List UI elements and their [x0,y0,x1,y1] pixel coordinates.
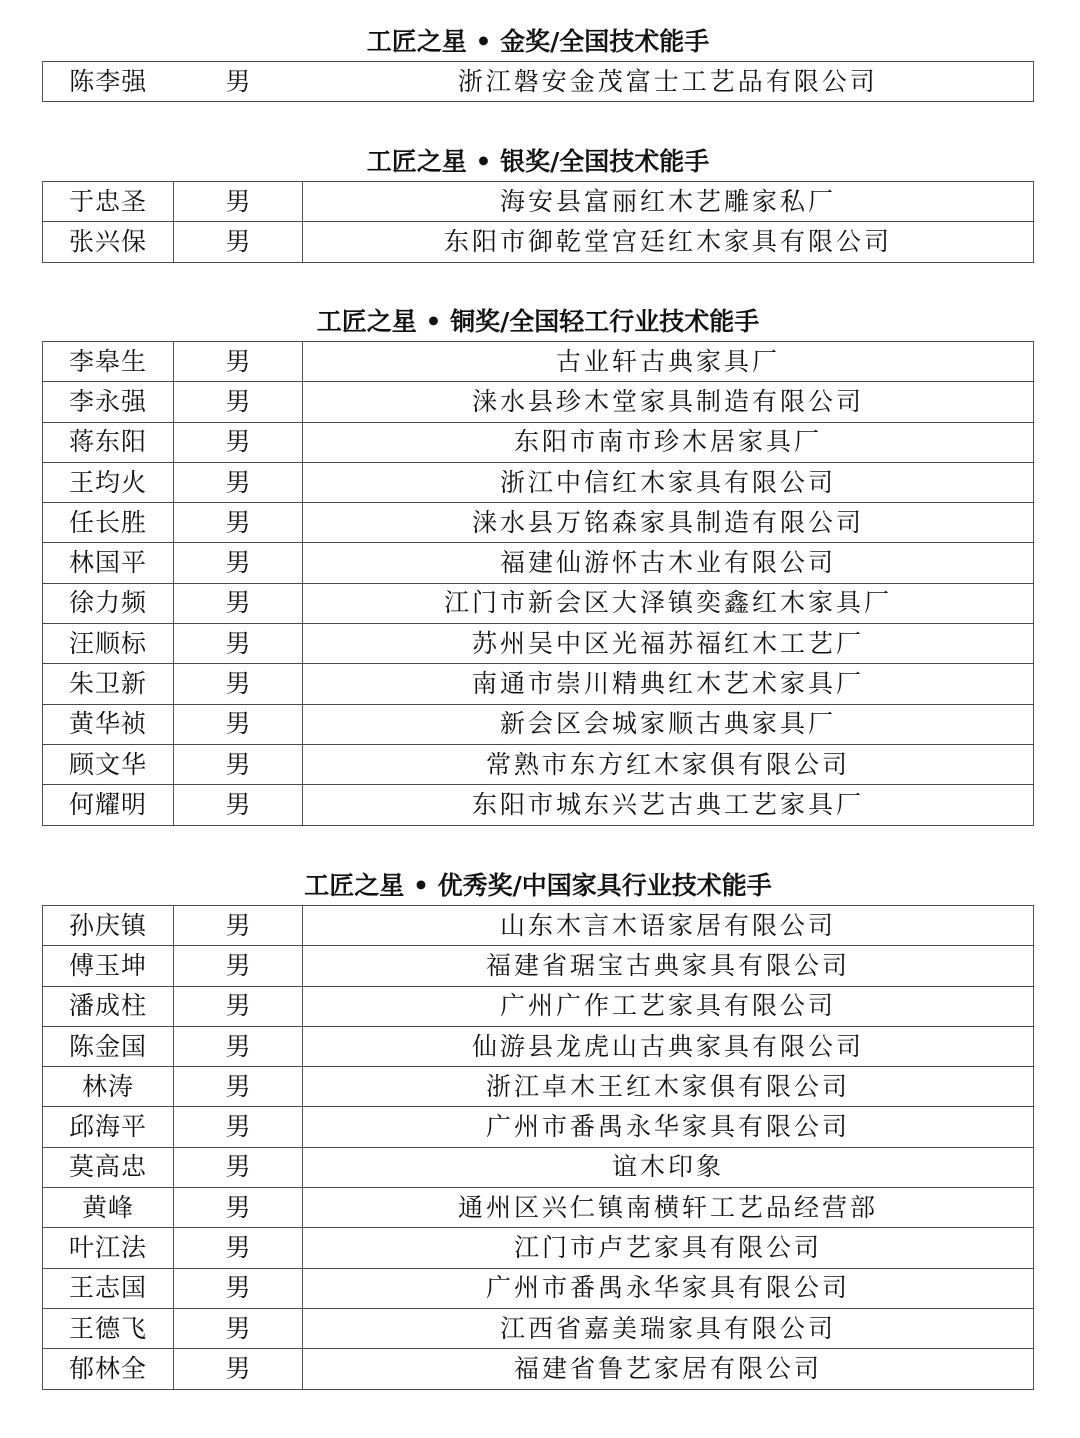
recipient-name: 傅玉坤 [43,946,174,986]
recipient-name: 于忠圣 [43,182,174,222]
recipient-company: 东阳市南市珍木居家具厂 [303,422,1034,462]
recipient-gender: 男 [174,543,303,583]
recipient-company: 涞水县万铭森家具制造有限公司 [303,503,1034,543]
recipient-company: 东阳市御乾堂宫廷红木家具有限公司 [303,222,1034,262]
table-row: 何耀明 男 东阳市城东兴艺古典工艺家具厂 [43,785,1034,825]
table-row: 王志国 男 广州市番禺永华家具有限公司 [43,1268,1034,1308]
section-title-bronze: 工匠之星 • 铜奖/全国轻工行业技术能手 [42,305,1034,339]
recipient-gender: 男 [174,986,303,1026]
recipient-gender: 男 [174,1349,303,1389]
recipient-name: 孙庆镇 [43,906,174,946]
recipient-gender: 男 [174,1147,303,1187]
recipient-company: 广州市番禺永华家具有限公司 [303,1107,1034,1147]
table-row: 汪顺标 男 苏州吴中区光福苏福红木工艺厂 [43,624,1034,664]
award-table-excellence: 孙庆镇 男 山东木言木语家居有限公司 傅玉坤 男 福建省琚宝古典家具有限公司 潘… [42,905,1034,1390]
table-row: 邱海平 男 广州市番禺永华家具有限公司 [43,1107,1034,1147]
recipient-gender: 男 [174,785,303,825]
table-row: 陈李强 男 浙江磐安金茂富士工艺品有限公司 [43,62,1034,102]
recipient-company: 古业轩古典家具厂 [303,342,1034,382]
recipient-company: 福建省鲁艺家居有限公司 [303,1349,1034,1389]
recipient-gender: 男 [174,744,303,784]
recipient-gender: 男 [174,1228,303,1268]
recipient-company: 浙江中信红木家具有限公司 [303,462,1034,502]
recipient-company: 谊木印象 [303,1147,1034,1187]
recipient-company: 广州市番禺永华家具有限公司 [303,1268,1034,1308]
table-row: 徐力频 男 江门市新会区大泽镇奕鑫红木家具厂 [43,583,1034,623]
recipient-company: 江西省嘉美瑞家具有限公司 [303,1308,1034,1348]
recipient-company: 浙江卓木王红木家俱有限公司 [303,1067,1034,1107]
recipient-name: 王德飞 [43,1308,174,1348]
table-row: 于忠圣 男 海安县富丽红木艺雕家私厂 [43,182,1034,222]
recipient-name: 王均火 [43,462,174,502]
recipient-name: 林涛 [43,1067,174,1107]
recipient-gender: 男 [174,422,303,462]
recipient-company: 东阳市城东兴艺古典工艺家具厂 [303,785,1034,825]
recipient-name: 朱卫新 [43,664,174,704]
recipient-name: 何耀明 [43,785,174,825]
recipient-name: 潘成柱 [43,986,174,1026]
recipient-company: 山东木言木语家居有限公司 [303,906,1034,946]
recipient-gender: 男 [174,664,303,704]
recipient-gender: 男 [174,906,303,946]
table-row: 任长胜 男 涞水县万铭森家具制造有限公司 [43,503,1034,543]
recipient-company: 涞水县珍木堂家具制造有限公司 [303,382,1034,422]
recipient-gender: 男 [174,1188,303,1228]
table-row: 李永强 男 涞水县珍木堂家具制造有限公司 [43,382,1034,422]
recipient-name: 邱海平 [43,1107,174,1147]
recipient-gender: 男 [174,1026,303,1066]
recipient-company: 江门市卢艺家具有限公司 [303,1228,1034,1268]
recipient-company: 福建仙游怀古木业有限公司 [303,543,1034,583]
recipient-company: 常熟市东方红木家俱有限公司 [303,744,1034,784]
section-title-excellence: 工匠之星 • 优秀奖/中国家具行业技术能手 [42,869,1034,903]
table-row: 孙庆镇 男 山东木言木语家居有限公司 [43,906,1034,946]
table-row: 顾文华 男 常熟市东方红木家俱有限公司 [43,744,1034,784]
recipient-company: 广州广作工艺家具有限公司 [303,986,1034,1026]
recipient-company: 江门市新会区大泽镇奕鑫红木家具厂 [303,583,1034,623]
recipient-gender: 男 [174,946,303,986]
recipient-name: 黄华祯 [43,704,174,744]
recipient-company: 苏州吴中区光福苏福红木工艺厂 [303,624,1034,664]
recipient-gender: 男 [174,382,303,422]
recipient-gender: 男 [174,222,303,262]
table-row: 林国平 男 福建仙游怀古木业有限公司 [43,543,1034,583]
recipient-company: 仙游县龙虎山古典家具有限公司 [303,1026,1034,1066]
recipient-gender: 男 [174,583,303,623]
recipient-gender: 男 [174,1308,303,1348]
table-row: 郁林全 男 福建省鲁艺家居有限公司 [43,1349,1034,1389]
recipient-name: 林国平 [43,543,174,583]
table-row: 叶江法 男 江门市卢艺家具有限公司 [43,1228,1034,1268]
table-row: 莫高忠 男 谊木印象 [43,1147,1034,1187]
recipient-name: 蒋东阳 [43,422,174,462]
recipient-name: 莫高忠 [43,1147,174,1187]
recipient-name: 陈李强 [43,62,174,102]
recipient-company: 新会区会城家顺古典家具厂 [303,704,1034,744]
recipient-name: 任长胜 [43,503,174,543]
recipient-gender: 男 [174,342,303,382]
table-row: 王德飞 男 江西省嘉美瑞家具有限公司 [43,1308,1034,1348]
recipient-name: 叶江法 [43,1228,174,1268]
recipient-name: 王志国 [43,1268,174,1308]
recipient-company: 南通市崇川精典红木艺术家具厂 [303,664,1034,704]
recipient-gender: 男 [174,182,303,222]
table-row: 陈金国 男 仙游县龙虎山古典家具有限公司 [43,1026,1034,1066]
recipient-name: 张兴保 [43,222,174,262]
recipient-name: 顾文华 [43,744,174,784]
table-row: 张兴保 男 东阳市御乾堂宫廷红木家具有限公司 [43,222,1034,262]
table-row: 林涛 男 浙江卓木王红木家俱有限公司 [43,1067,1034,1107]
recipient-gender: 男 [174,503,303,543]
recipient-name: 汪顺标 [43,624,174,664]
recipient-company: 浙江磐安金茂富士工艺品有限公司 [303,62,1034,102]
recipient-company: 通州区兴仁镇南横轩工艺品经营部 [303,1188,1034,1228]
award-table-gold: 陈李强 男 浙江磐安金茂富士工艺品有限公司 [42,61,1034,102]
table-row: 蒋东阳 男 东阳市南市珍木居家具厂 [43,422,1034,462]
recipient-name: 李永强 [43,382,174,422]
table-row: 黄峰 男 通州区兴仁镇南横轩工艺品经营部 [43,1188,1034,1228]
recipient-gender: 男 [174,704,303,744]
recipient-name: 陈金国 [43,1026,174,1066]
table-row: 潘成柱 男 广州广作工艺家具有限公司 [43,986,1034,1026]
table-row: 黄华祯 男 新会区会城家顺古典家具厂 [43,704,1034,744]
recipient-name: 郁林全 [43,1349,174,1389]
table-row: 李皋生 男 古业轩古典家具厂 [43,342,1034,382]
recipient-gender: 男 [174,1268,303,1308]
recipient-gender: 男 [174,462,303,502]
recipient-company: 海安县富丽红木艺雕家私厂 [303,182,1034,222]
table-row: 朱卫新 男 南通市崇川精典红木艺术家具厂 [43,664,1034,704]
recipient-company: 福建省琚宝古典家具有限公司 [303,946,1034,986]
recipient-gender: 男 [174,1067,303,1107]
award-table-bronze: 李皋生 男 古业轩古典家具厂 李永强 男 涞水县珍木堂家具制造有限公司 蒋东阳 … [42,341,1034,826]
award-table-silver: 于忠圣 男 海安县富丽红木艺雕家私厂 张兴保 男 东阳市御乾堂宫廷红木家具有限公… [42,181,1034,263]
section-title-silver: 工匠之星 • 银奖/全国技术能手 [42,145,1034,179]
recipient-gender: 男 [174,624,303,664]
table-row: 王均火 男 浙江中信红木家具有限公司 [43,462,1034,502]
recipient-gender: 男 [174,1107,303,1147]
recipient-name: 黄峰 [43,1188,174,1228]
recipient-name: 徐力频 [43,583,174,623]
table-row: 傅玉坤 男 福建省琚宝古典家具有限公司 [43,946,1034,986]
section-title-gold: 工匠之星 • 金奖/全国技术能手 [42,25,1034,59]
recipient-gender: 男 [174,62,303,102]
recipient-name: 李皋生 [43,342,174,382]
